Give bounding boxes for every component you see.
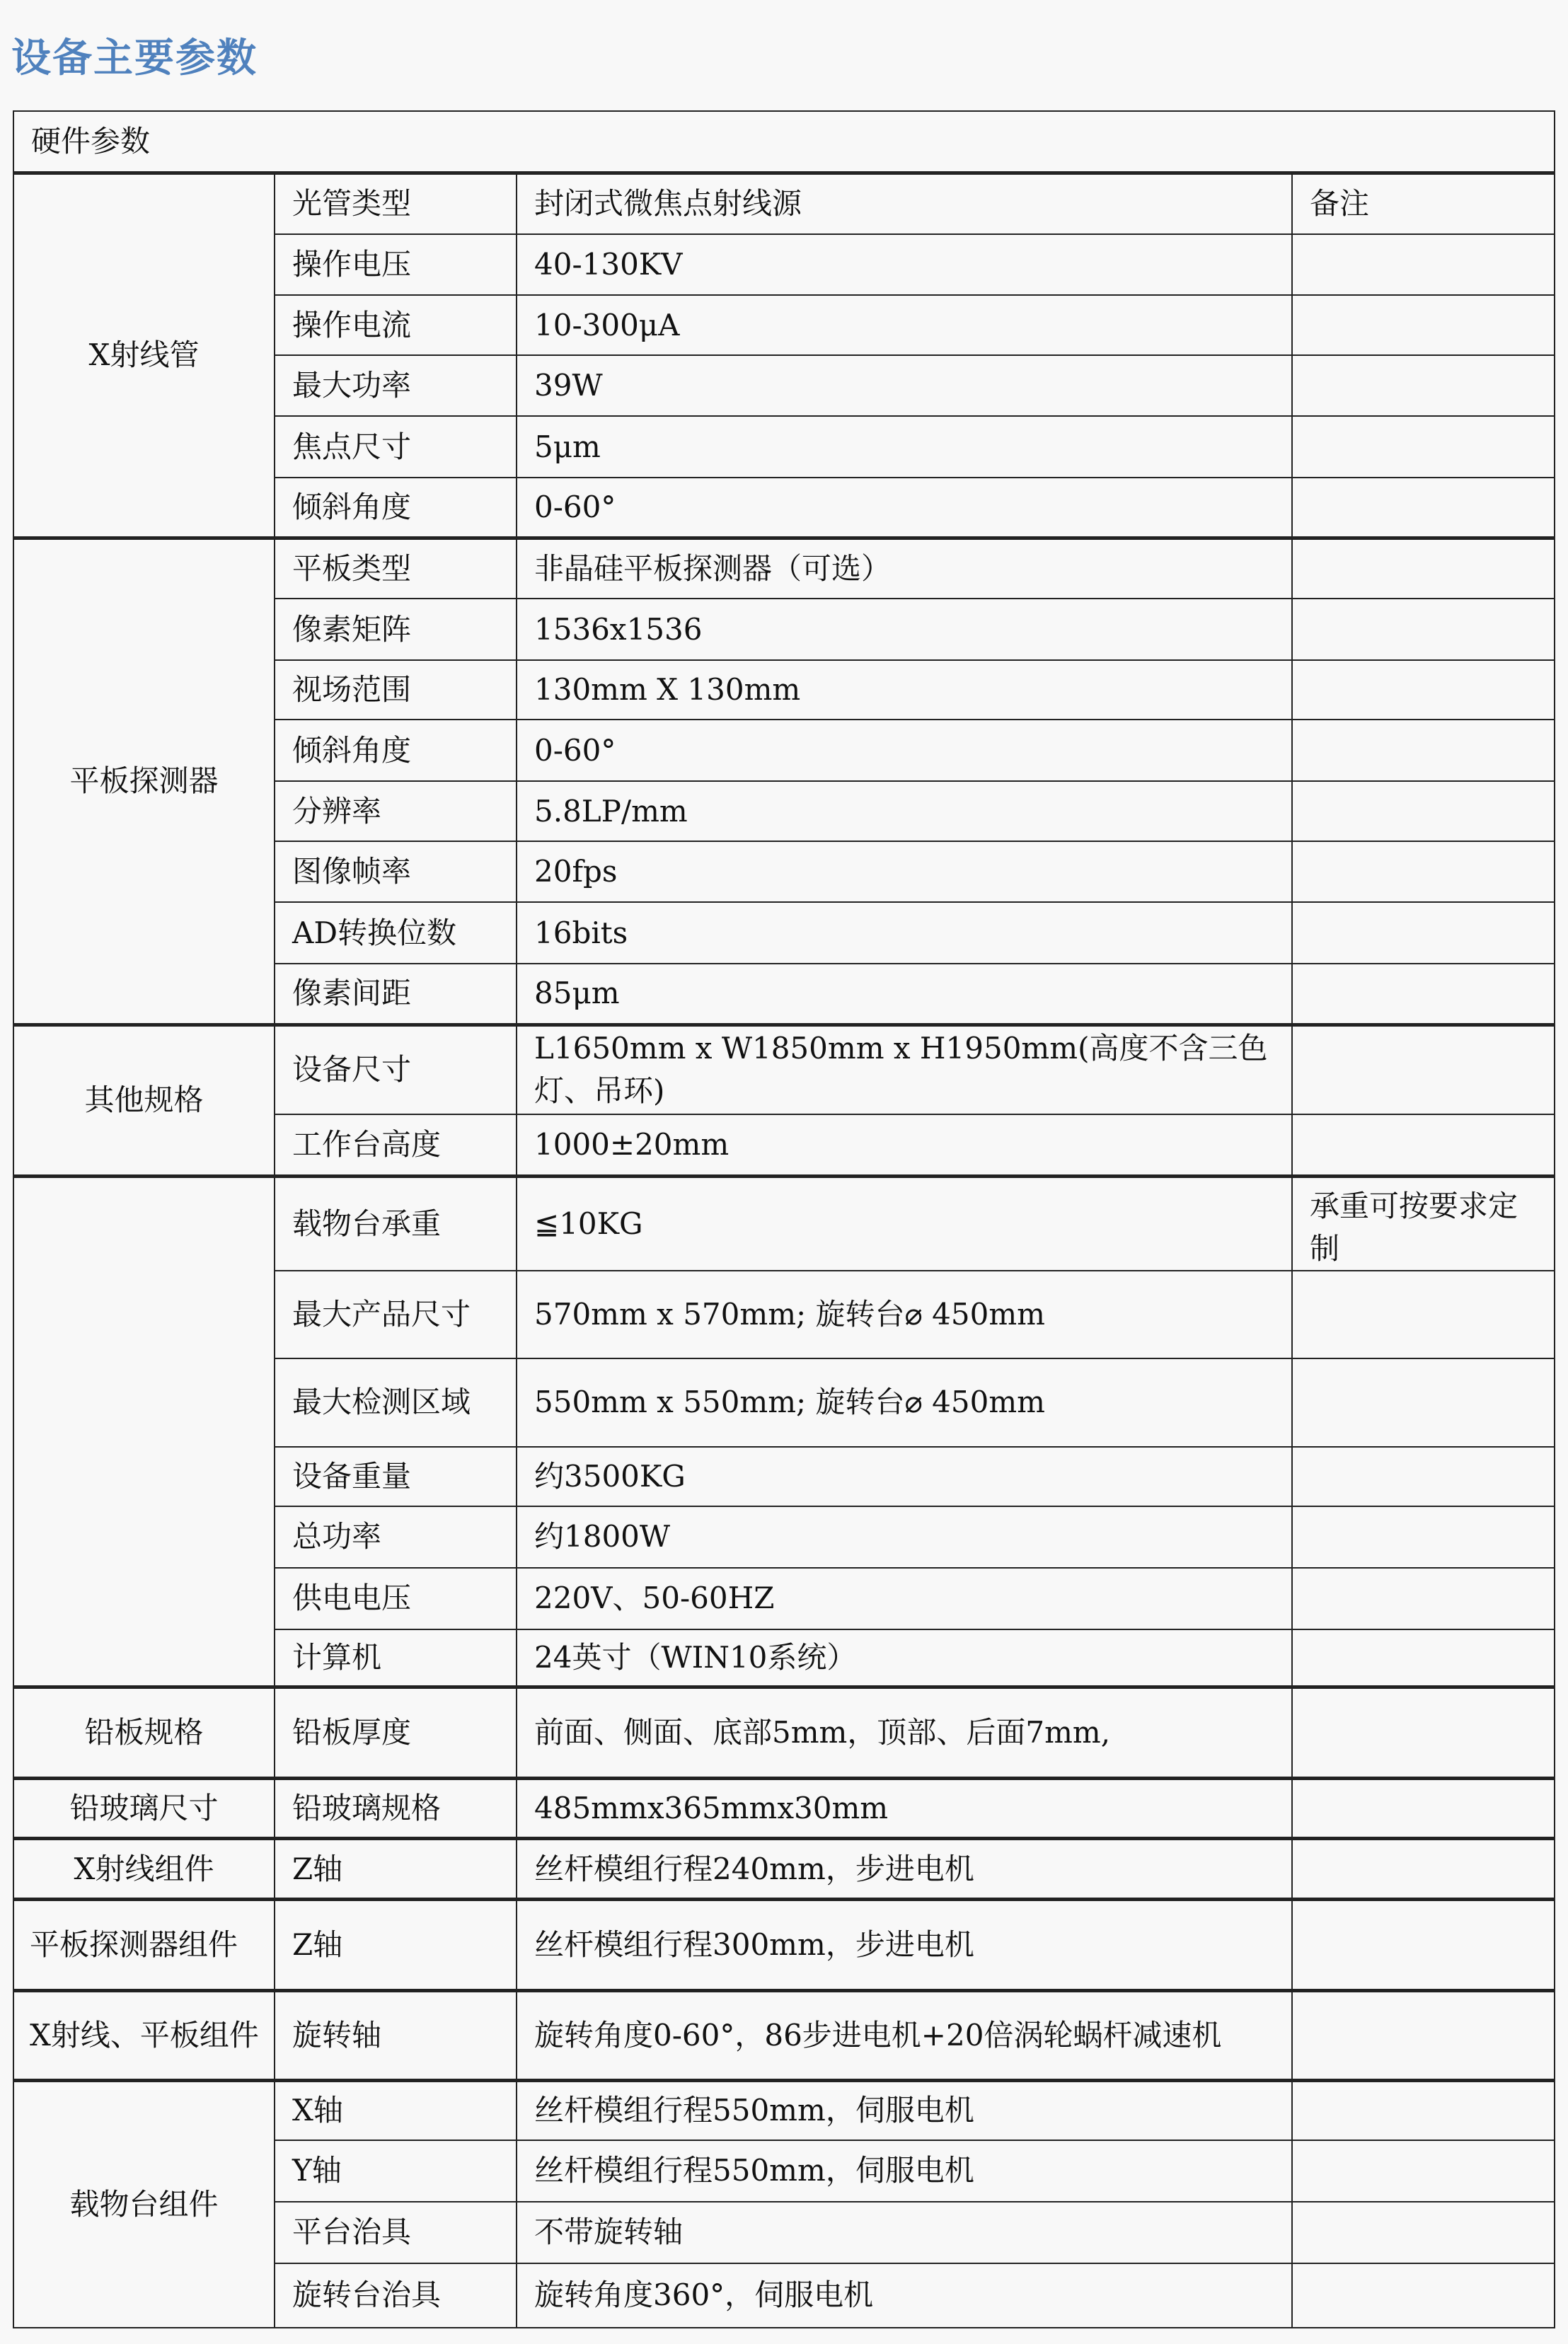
param-name: 设备尺寸 bbox=[275, 1024, 517, 1114]
param-name: 总功率 bbox=[275, 1506, 517, 1568]
param-value: 5.8LP/mm bbox=[517, 781, 1292, 841]
remark-cell bbox=[1292, 1839, 1555, 1900]
group-label: X射线管 bbox=[13, 173, 275, 538]
group-label: 载物台组件 bbox=[13, 2081, 275, 2328]
table-row: X射线、平板组件旋转轴旋转角度0-60°，86步进电机+20倍涡轮蜗杆减速机 bbox=[13, 1991, 1555, 2081]
remark-cell bbox=[1292, 660, 1555, 720]
param-value: 5μm bbox=[517, 416, 1292, 478]
group-label: 平板探测器 bbox=[13, 538, 275, 1024]
param-name: 分辨率 bbox=[275, 781, 517, 841]
param-value: 0-60° bbox=[517, 720, 1292, 781]
param-name: 供电电压 bbox=[275, 1568, 517, 1629]
remark-cell bbox=[1292, 478, 1555, 538]
spec-table: 硬件参数 X射线管光管类型封闭式微焦点射线源备注操作电压40-130KV操作电流… bbox=[13, 110, 1555, 2328]
param-value: 39W bbox=[517, 355, 1292, 416]
remark-cell bbox=[1292, 1779, 1555, 1839]
param-value: 不带旋转轴 bbox=[517, 2202, 1292, 2263]
param-name: 倾斜角度 bbox=[275, 478, 517, 538]
page-title: 设备主要参数 bbox=[11, 27, 258, 83]
remark-cell bbox=[1292, 2140, 1555, 2202]
remark-cell bbox=[1292, 1358, 1555, 1447]
param-name: 视场范围 bbox=[275, 660, 517, 720]
remark-cell bbox=[1292, 1629, 1555, 1687]
table-row: 载物台组件X轴丝杆模组行程550mm，伺服电机 bbox=[13, 2081, 1555, 2140]
remark-cell bbox=[1292, 841, 1555, 902]
remark-cell bbox=[1292, 599, 1555, 660]
param-value: 20fps bbox=[517, 841, 1292, 902]
group-label: 铅玻璃尺寸 bbox=[13, 1779, 275, 1839]
param-value: 约1800W bbox=[517, 1506, 1292, 1568]
group-label: 铅板规格 bbox=[13, 1687, 275, 1779]
remark-cell: 备注 bbox=[1292, 173, 1555, 234]
table-row: 铅玻璃尺寸铅玻璃规格485mmx365mmx30mm bbox=[13, 1779, 1555, 1839]
remark-cell bbox=[1292, 2081, 1555, 2140]
remark-cell bbox=[1292, 902, 1555, 964]
remark-cell bbox=[1292, 964, 1555, 1024]
remark-cell bbox=[1292, 720, 1555, 781]
remark-cell bbox=[1292, 234, 1555, 295]
param-value: L1650mm x W1850mm x H1950mm(高度不含三色灯、吊环) bbox=[517, 1024, 1292, 1114]
param-name: 旋转台治具 bbox=[275, 2263, 517, 2328]
param-name: 铅玻璃规格 bbox=[275, 1779, 517, 1839]
group-label: X射线、平板组件 bbox=[13, 1991, 275, 2081]
remark-cell bbox=[1292, 538, 1555, 599]
hardware-params-header: 硬件参数 bbox=[13, 111, 1555, 173]
param-value: 丝杆模组行程240mm，步进电机 bbox=[517, 1839, 1292, 1900]
remark-cell bbox=[1292, 1900, 1555, 1991]
param-name: 光管类型 bbox=[275, 173, 517, 234]
param-value: 0-60° bbox=[517, 478, 1292, 538]
param-value: 1536x1536 bbox=[517, 599, 1292, 660]
param-name: 最大检测区域 bbox=[275, 1358, 517, 1447]
param-value: 85μm bbox=[517, 964, 1292, 1024]
param-name: 倾斜角度 bbox=[275, 720, 517, 781]
param-value: 1000±20mm bbox=[517, 1114, 1292, 1176]
param-name: 像素间距 bbox=[275, 964, 517, 1024]
param-value: 485mmx365mmx30mm bbox=[517, 1779, 1292, 1839]
remark-cell bbox=[1292, 355, 1555, 416]
group-label bbox=[13, 1176, 275, 1687]
param-value: 丝杆模组行程300mm，步进电机 bbox=[517, 1900, 1292, 1991]
table-row: 平板探测器平板类型非晶硅平板探测器（可选） bbox=[13, 538, 1555, 599]
param-name: 旋转轴 bbox=[275, 1991, 517, 2081]
param-value: 约3500KG bbox=[517, 1447, 1292, 1506]
param-value: 非晶硅平板探测器（可选） bbox=[517, 538, 1292, 599]
remark-cell bbox=[1292, 1568, 1555, 1629]
param-value: 旋转角度360°，伺服电机 bbox=[517, 2263, 1292, 2328]
param-name: Z轴 bbox=[275, 1900, 517, 1991]
remark-cell bbox=[1292, 2202, 1555, 2263]
remark-cell: 承重可按要求定制 bbox=[1292, 1176, 1555, 1271]
param-value: ≦10KG bbox=[517, 1176, 1292, 1271]
param-name: 计算机 bbox=[275, 1629, 517, 1687]
table-header-row: 硬件参数 bbox=[13, 111, 1555, 173]
param-name: 最大功率 bbox=[275, 355, 517, 416]
param-name: 焦点尺寸 bbox=[275, 416, 517, 478]
param-name: 操作电压 bbox=[275, 234, 517, 295]
param-value: 130mm X 130mm bbox=[517, 660, 1292, 720]
param-value: 丝杆模组行程550mm，伺服电机 bbox=[517, 2081, 1292, 2140]
group-label: 其他规格 bbox=[13, 1024, 275, 1176]
param-name: 操作电流 bbox=[275, 295, 517, 355]
param-name: 工作台高度 bbox=[275, 1114, 517, 1176]
table-row: X射线管光管类型封闭式微焦点射线源备注 bbox=[13, 173, 1555, 234]
param-name: 平台治具 bbox=[275, 2202, 517, 2263]
remark-cell bbox=[1292, 1687, 1555, 1779]
param-value: 前面、侧面、底部5mm，顶部、后面7mm, bbox=[517, 1687, 1292, 1779]
table-row: 载物台承重≦10KG承重可按要求定制 bbox=[13, 1176, 1555, 1271]
remark-cell bbox=[1292, 1271, 1555, 1358]
param-name: Y轴 bbox=[275, 2140, 517, 2202]
remark-cell bbox=[1292, 295, 1555, 355]
param-value: 24英寸（WIN10系统） bbox=[517, 1629, 1292, 1687]
param-value: 570mm x 570mm; 旋转台⌀ 450mm bbox=[517, 1271, 1292, 1358]
table-row: X射线组件Z轴丝杆模组行程240mm，步进电机 bbox=[13, 1839, 1555, 1900]
remark-cell bbox=[1292, 1447, 1555, 1506]
param-name: 设备重量 bbox=[275, 1447, 517, 1506]
param-name: 铅板厚度 bbox=[275, 1687, 517, 1779]
table-row: 其他规格设备尺寸L1650mm x W1850mm x H1950mm(高度不含… bbox=[13, 1024, 1555, 1114]
param-value: 封闭式微焦点射线源 bbox=[517, 173, 1292, 234]
group-label: 平板探测器组件 bbox=[13, 1900, 275, 1991]
table-row: 铅板规格铅板厚度前面、侧面、底部5mm，顶部、后面7mm, bbox=[13, 1687, 1555, 1779]
param-value: 旋转角度0-60°，86步进电机+20倍涡轮蜗杆减速机 bbox=[517, 1991, 1292, 2081]
remark-cell bbox=[1292, 2263, 1555, 2328]
param-name: 图像帧率 bbox=[275, 841, 517, 902]
param-value: 220V、50-60HZ bbox=[517, 1568, 1292, 1629]
param-value: 550mm x 550mm; 旋转台⌀ 450mm bbox=[517, 1358, 1292, 1447]
param-name: X轴 bbox=[275, 2081, 517, 2140]
remark-cell bbox=[1292, 416, 1555, 478]
table-row: 平板探测器组件Z轴丝杆模组行程300mm，步进电机 bbox=[13, 1900, 1555, 1991]
param-name: 最大产品尺寸 bbox=[275, 1271, 517, 1358]
param-value: 10-300μA bbox=[517, 295, 1292, 355]
remark-cell bbox=[1292, 781, 1555, 841]
remark-cell bbox=[1292, 1506, 1555, 1568]
param-name: 平板类型 bbox=[275, 538, 517, 599]
param-value: 丝杆模组行程550mm，伺服电机 bbox=[517, 2140, 1292, 2202]
remark-cell bbox=[1292, 1114, 1555, 1176]
remark-cell bbox=[1292, 1991, 1555, 2081]
group-label: X射线组件 bbox=[13, 1839, 275, 1900]
param-value: 16bits bbox=[517, 902, 1292, 964]
param-value: 40-130KV bbox=[517, 234, 1292, 295]
remark-cell bbox=[1292, 1024, 1555, 1114]
param-name: Z轴 bbox=[275, 1839, 517, 1900]
param-name: 载物台承重 bbox=[275, 1176, 517, 1271]
param-name: 像素矩阵 bbox=[275, 599, 517, 660]
param-name: AD转换位数 bbox=[275, 902, 517, 964]
